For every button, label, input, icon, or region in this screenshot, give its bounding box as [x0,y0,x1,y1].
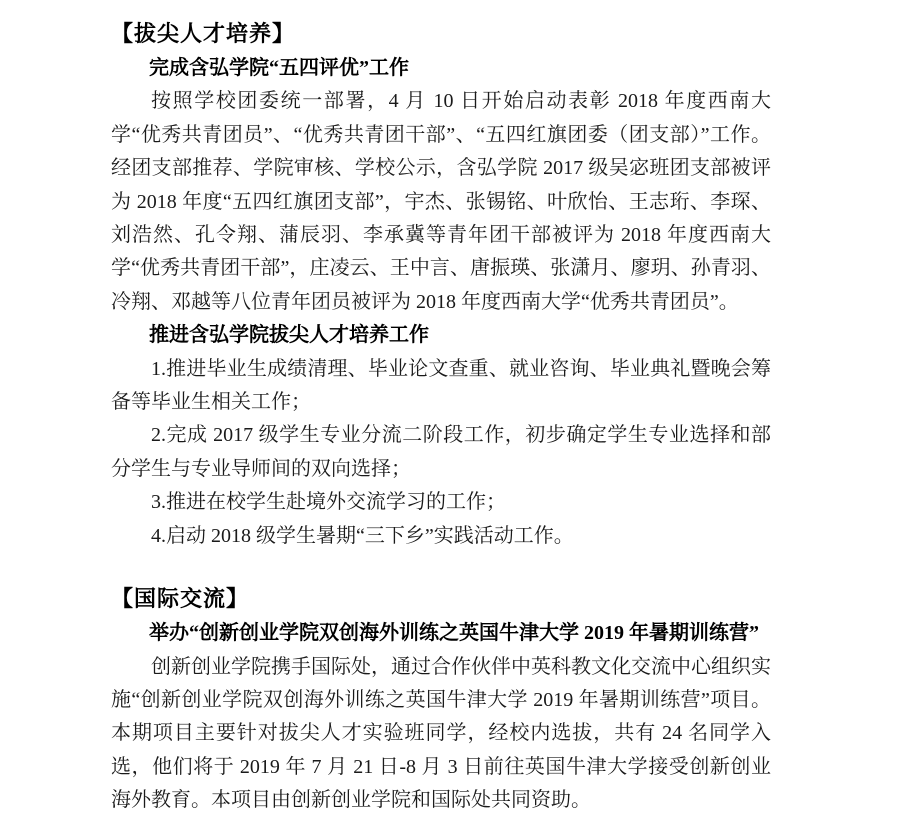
body-paragraph: 按照学校团委统一部署，4 月 10 日开始启动表彰 2018 年度西南大学“优秀… [111,85,771,319]
list-paragraph-2: 2.完成 2017 级学生专业分流二阶段工作，初步确定学生专业选择和部分学生与专… [111,419,771,486]
list-paragraph-4: 4.启动 2018 级学生暑期“三下乡”实践活动工作。 [111,520,771,553]
document-page: 【拔尖人才培养】 完成含弘学院“五四评优”工作 按照学校团委统一部署，4 月 1… [0,0,900,837]
section-international-exchange: 【国际交流】 举办“创新创业学院双创海外训练之英国牛津大学 2019 年暑期训练… [111,581,771,817]
subsection-title-oxford-camp: 举办“创新创业学院双创海外训练之英国牛津大学 2019 年暑期训练营” [111,617,771,650]
list-paragraph-1: 1.推进毕业生成绩清理、毕业论文查重、就业咨询、毕业典礼暨晚会筹备等毕业生相关工… [111,353,771,420]
section-heading-talent-cultivation: 【拔尖人才培养】 [111,16,771,52]
section-heading-international-exchange: 【国际交流】 [111,581,771,617]
body-paragraph: 创新创业学院携手国际处，通过合作伙伴中英科教文化交流中心组织实施“创新创业学院双… [111,651,771,818]
subsection-title-bajian-peiyang: 推进含弘学院拔尖人才培养工作 [111,319,771,352]
list-paragraph-3: 3.推进在校学生赴境外交流学习的工作； [111,486,771,519]
section-talent-cultivation: 【拔尖人才培养】 完成含弘学院“五四评优”工作 按照学校团委统一部署，4 月 1… [111,16,771,553]
subsection-title-wusi-pingyou: 完成含弘学院“五四评优”工作 [111,52,771,85]
